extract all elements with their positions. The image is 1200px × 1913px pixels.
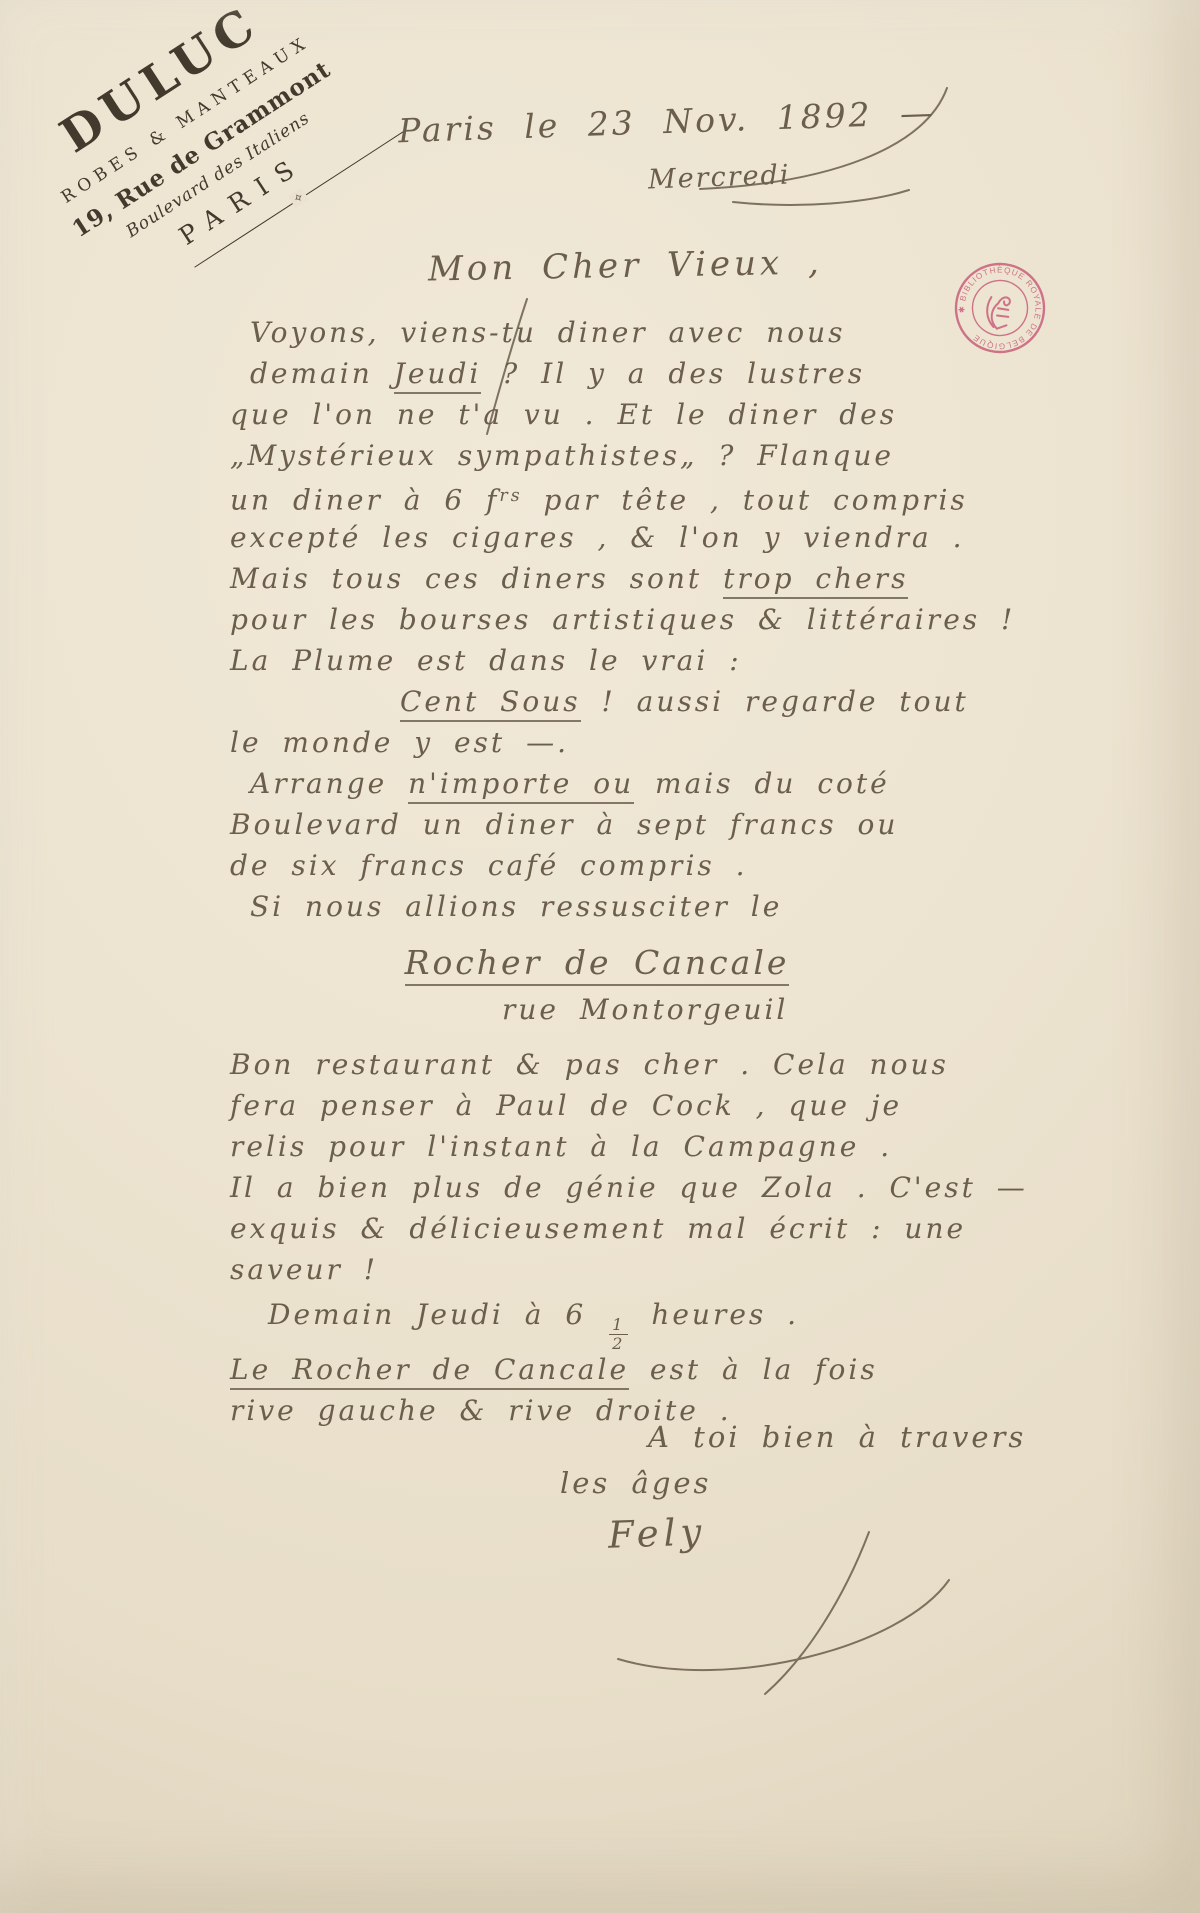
letter-line: pour les bourses artistiques & littérair… (230, 599, 964, 640)
letter-body: Voyons, viens-tu diner avec nousdemain J… (230, 312, 964, 1431)
letter-text: Rocher de Cancale (405, 943, 790, 986)
letter-line: Boulevard un diner à sept francs ou (230, 804, 964, 845)
letter-text: Bon restaurant & pas cher . Cela nous (230, 1048, 949, 1081)
letter-line: relis pour l'instant à la Campagne . (230, 1126, 964, 1167)
letter-text: pour les bourses artistiques & littérair… (230, 603, 1015, 636)
letter-line: Bon restaurant & pas cher . Cela nous (230, 1044, 964, 1085)
letter-line: La Plume est dans le vrai : (230, 640, 964, 681)
letter-text: Arrange (250, 767, 408, 800)
letter-line: que l'on ne t'a vu . Et le diner des (230, 394, 964, 435)
salutation: Mon Cher Vieux , (428, 243, 823, 290)
date-line: Paris le 23 Nov. 1892 — (397, 93, 936, 151)
letter-line: excepté les cigares , & l'on y viendra . (230, 517, 964, 558)
signature-tail-flourish (765, 1532, 869, 1694)
letter-text: Jeudi (394, 357, 482, 394)
letter-text: rue Montorgeuil (502, 993, 788, 1026)
letter-text: un diner à 6 f (230, 484, 499, 517)
letter-text: „Mystérieux sympathistes„ ? Flanque (230, 439, 894, 472)
letter-text: 12 (609, 1316, 628, 1352)
letter-text: par tête , tout compris (523, 484, 968, 517)
closing-line: A toi bien à travers (648, 1420, 1026, 1454)
letter-line: demain Jeudi ? Il y a des lustres (250, 353, 964, 394)
letter-text: heures . (630, 1298, 799, 1331)
letter-page: DULUC ROBES & MANTEAUX 19, Rue de Grammo… (0, 0, 1200, 1913)
letter-text: le monde y est —. (230, 726, 569, 759)
letter-text: ! aussi regarde tout (581, 685, 969, 718)
letter-text: trop chers (723, 562, 908, 599)
lion-emblem-icon (985, 295, 1013, 330)
letter-text: La Plume est dans le vrai : (230, 644, 742, 677)
letter-text: Voyons, viens-tu diner avec nous (250, 316, 846, 349)
letter-line: Rocher de Cancale (230, 937, 964, 989)
letter-line: fera penser à Paul de Cock , que je (230, 1085, 964, 1126)
letter-text: n'importe ou (408, 767, 634, 804)
weekday-line: Mercredi (648, 160, 791, 196)
closing-line: les âges (560, 1466, 1026, 1500)
letter-text: ? Il y a des lustres (481, 357, 865, 390)
letter-line: un diner à 6 frs par tête , tout compris (230, 476, 964, 517)
letter-text: Boulevard un diner à sept francs ou (230, 808, 898, 841)
letter-text: Demain Jeudi à 6 (268, 1298, 607, 1331)
letter-text: Cent Sous (400, 685, 581, 722)
letter-line: Cent Sous ! aussi regarde tout (400, 681, 964, 722)
letter-text: excepté les cigares , & l'on y viendra . (230, 521, 965, 554)
letter-line: Le Rocher de Cancale est à la fois (230, 1349, 964, 1390)
weekday-underline-flourish (733, 190, 909, 205)
letter-text: est à la fois (629, 1353, 878, 1386)
closing-block: A toi bien à travers les âges (552, 1420, 1026, 1500)
letter-line: „Mystérieux sympathistes„ ? Flanque (230, 435, 964, 476)
letter-line: Il a bien plus de génie que Zola . C'est… (230, 1167, 964, 1208)
letter-text: mais du coté (634, 767, 890, 800)
letterhead: DULUC ROBES & MANTEAUX 19, Rue de Grammo… (0, 0, 396, 322)
letter-text: de six francs café compris . (230, 849, 748, 882)
letter-line: de six francs café compris . (230, 845, 964, 886)
letter-text: Il a bien plus de génie que Zola . C'est… (230, 1171, 1028, 1204)
letter-line: exquis & délicieusement mal écrit : une (230, 1208, 964, 1249)
signature-underline-flourish (618, 1580, 949, 1670)
letter-line: le monde y est —. (230, 722, 964, 763)
letter-line: rue Montorgeuil (502, 989, 964, 1030)
letter-text: fera penser à Paul de Cock , que je (230, 1089, 902, 1122)
signature: Fely (607, 1510, 707, 1556)
letter-text: Le Rocher de Cancale (230, 1353, 629, 1390)
letter-text: Si nous allions ressusciter le (250, 890, 782, 923)
letter-text: demain (250, 357, 394, 390)
letter-line: Voyons, viens-tu diner avec nous (250, 312, 964, 353)
library-stamp: ✱ BIBLIOTHÈQUE ROYALE DE BELGIQUE (944, 252, 1057, 365)
letter-text: saveur ! (230, 1253, 378, 1286)
letter-text: exquis & délicieusement mal écrit : une (230, 1212, 966, 1245)
star-ornament-icon: ✧ (288, 188, 309, 208)
letter-text: Mais tous ces diners sont (230, 562, 723, 595)
letter-line: Arrange n'importe ou mais du coté (250, 763, 964, 804)
letter-text: relis pour l'instant à la Campagne . (230, 1130, 892, 1163)
letter-text: rs (499, 486, 522, 506)
letter-line: Si nous allions ressusciter le (250, 886, 964, 927)
letter-line: Mais tous ces diners sont trop chers (230, 558, 964, 599)
letter-line: saveur ! (230, 1249, 964, 1290)
letter-text: que l'on ne t'a vu . Et le diner des (230, 398, 897, 431)
letter-line: Demain Jeudi à 6 12 heures . (268, 1294, 964, 1335)
